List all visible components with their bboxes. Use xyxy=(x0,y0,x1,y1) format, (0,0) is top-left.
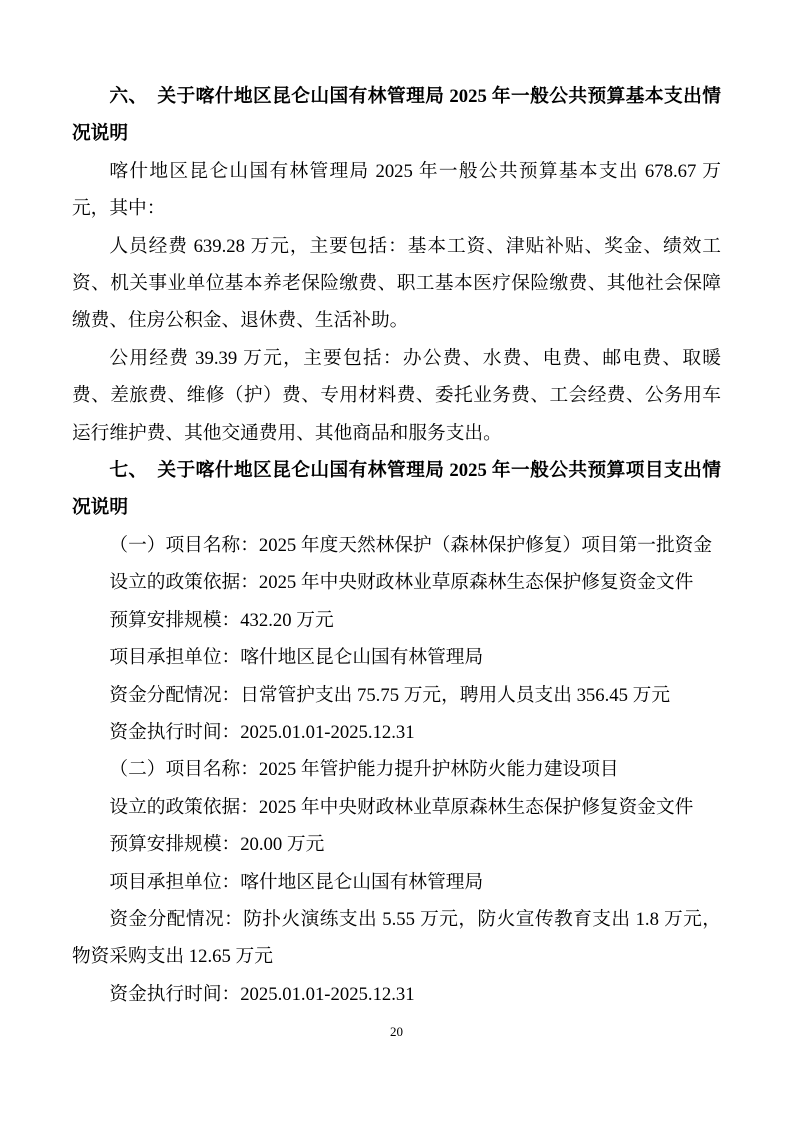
paragraph: 资金分配情况：日常管护支出 75.75 万元，聘用人员支出 356.45 万元 xyxy=(72,677,721,714)
page-number: 20 xyxy=(390,1024,403,1039)
paragraph: 公用经费 39.39 万元，主要包括：办公费、水费、电费、邮电费、取暖费、差旅费… xyxy=(72,340,721,452)
paragraph: 项目承担单位：喀什地区昆仑山国有林管理局 xyxy=(72,639,721,676)
paragraph: 资金执行时间：2025.01.01-2025.12.31 xyxy=(72,976,721,1013)
paragraph: 喀什地区昆仑山国有林管理局 2025 年一般公共预算基本支出 678.67 万元… xyxy=(72,153,721,228)
paragraph: 设立的政策依据：2025 年中央财政林业草原森林生态保护修复资金文件 xyxy=(72,564,721,601)
paragraph: 预算安排规模：20.00 万元 xyxy=(72,826,721,863)
paragraph: （二）项目名称：2025 年管护能力提升护林防火能力建设项目 xyxy=(72,751,721,788)
paragraph: 项目承担单位：喀什地区昆仑山国有林管理局 xyxy=(72,864,721,901)
document-page: 六、 关于喀什地区昆仑山国有林管理局 2025 年一般公共预算基本支出情况说明喀… xyxy=(0,0,793,1122)
section-heading: 七、 关于喀什地区昆仑山国有林管理局 2025 年一般公共预算项目支出情况说明 xyxy=(72,452,721,527)
paragraph: 资金分配情况：防扑火演练支出 5.55 万元，防火宣传教育支出 1.8 万元，物… xyxy=(72,901,721,976)
section-heading: 六、 关于喀什地区昆仑山国有林管理局 2025 年一般公共预算基本支出情况说明 xyxy=(72,78,721,153)
paragraph: （一）项目名称：2025 年度天然林保护（森林保护修复）项目第一批资金 xyxy=(72,527,721,564)
paragraph: 人员经费 639.28 万元，主要包括：基本工资、津贴补贴、奖金、绩效工资、机关… xyxy=(72,228,721,340)
paragraph: 预算安排规模：432.20 万元 xyxy=(72,602,721,639)
paragraph: 资金执行时间：2025.01.01-2025.12.31 xyxy=(72,714,721,751)
paragraph: 设立的政策依据：2025 年中央财政林业草原森林生态保护修复资金文件 xyxy=(72,789,721,826)
document-body: 六、 关于喀什地区昆仑山国有林管理局 2025 年一般公共预算基本支出情况说明喀… xyxy=(72,78,721,1013)
page-footer: 20 xyxy=(0,1020,793,1042)
